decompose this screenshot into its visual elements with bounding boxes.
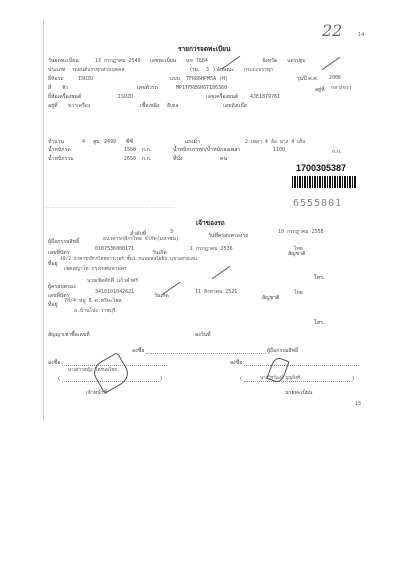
- holder-nat-label: สัญชาติ: [262, 295, 279, 301]
- owner-sign-role: ผู้ถือกรรมสิทธิ์: [267, 348, 298, 354]
- color-label: สี: [48, 85, 51, 91]
- possess-date: 10 กรกฎาคม 2558: [278, 229, 324, 235]
- page-title: รายการจดทะเบียน: [178, 46, 230, 52]
- holder-nat: ไทย: [294, 290, 303, 296]
- owner-birth: 1 กรกฎาคม 2536: [190, 246, 233, 252]
- province-label: จังหวัด: [262, 58, 277, 64]
- reg-date-label: วันจดทะเบียน: [48, 58, 79, 64]
- axle: 2 เพลา 4 ล้อ ยาง 4 เส้น: [245, 139, 305, 145]
- brand: ISUZU: [78, 76, 93, 82]
- barcode: [292, 176, 356, 188]
- holder-tel-label: โทร.: [314, 320, 325, 326]
- owner-tel-label: โทร.: [314, 275, 325, 281]
- holder-label: ผู้ครอบครอง: [48, 284, 76, 290]
- owner-name: ธนาคารกสิกรไทย จำกัด(มหาชน): [103, 236, 179, 242]
- chassis-loc-label: อยู่ที่: [315, 87, 325, 93]
- nat-label: สัญชาติ: [288, 251, 305, 257]
- paren-close-2: ): [352, 376, 354, 382]
- owner-id: 0107536000171: [95, 246, 134, 252]
- load-label: น้ำหนักบรรทุก/น้ำหนักลงเพลา: [173, 147, 240, 153]
- holder-addr2: อ.บ้านโป่ง ราชบุรี: [74, 308, 115, 314]
- code-label: (รย.: [190, 67, 200, 73]
- body: กระบะบรรทุก: [244, 67, 273, 73]
- engine-no-label: เลขเครื่องยนต์: [206, 94, 238, 100]
- engine-no: 4JE1879761: [250, 94, 280, 100]
- engine-brand: ISUZU: [118, 94, 133, 100]
- owner-sign-line: [146, 353, 266, 354]
- officer-sign-label: ลงชื่อ: [48, 360, 60, 366]
- contract-label: สัญญาเช่าซื้อเลขที่: [48, 332, 90, 338]
- page-number-top: 14: [358, 32, 364, 38]
- registrar-sign-line: [244, 365, 359, 366]
- load-unit: ก.ก.: [332, 149, 342, 155]
- code: 3: [206, 67, 209, 73]
- registrar-sign-label: ลงชื่อ: [230, 360, 242, 366]
- owner-addr1: 48/2 อาคารกสิกรไทยทาวเวอร์ ชั้น1 ถนนพหลโ…: [60, 257, 197, 263]
- engine-loc-label: อยู่ที่: [48, 103, 58, 109]
- seq: 3: [170, 229, 173, 235]
- barcode-number: 1700305387: [296, 165, 346, 171]
- fuel: ดีเซล: [167, 103, 178, 109]
- fuel-label: เชื้อเพลิง: [140, 103, 159, 109]
- holder-birth: 11 สิงหาคม 2521: [195, 289, 237, 295]
- weight-label: น้ำหนักรถ: [48, 147, 71, 153]
- brand-label: ยี่ห้อรถ: [48, 76, 64, 82]
- owner-sign-label: ลงชื่อ: [132, 348, 144, 354]
- total: 2650: [124, 156, 136, 162]
- paren-open-2: (: [240, 376, 242, 382]
- body-label: ) ลักษณะ: [213, 67, 234, 73]
- cc-label: สูบ: [93, 139, 99, 145]
- paren-open: (: [58, 376, 60, 382]
- model-label: แบบ: [170, 76, 180, 82]
- color: ฟ้า: [62, 85, 68, 91]
- contract-date-label: ลงวันที่: [195, 332, 211, 338]
- year: 2006: [329, 75, 341, 81]
- reg-no: นข 7684: [186, 58, 208, 64]
- owner-addr2: เขตพญาไท กรุงเทพมหานคร: [64, 266, 127, 272]
- chassis-loc: กลางขวา: [331, 85, 351, 91]
- holder-name: นายเชิดศักดิ์ แก้วคำศรี: [87, 278, 138, 284]
- chassis-label: เลขตัวรถ: [137, 85, 158, 91]
- id-label: เลขที่บัตร: [48, 250, 69, 256]
- officer-signature: [90, 352, 133, 394]
- cyl: 4: [82, 139, 85, 145]
- cc: 2499: [104, 139, 116, 145]
- owner-label: ผู้ถือกรรมสิทธิ์: [48, 239, 79, 245]
- stamp-number: 6555801: [293, 201, 342, 207]
- gas-label: เลขถังแก๊ส: [223, 103, 247, 109]
- weight-unit: ก.ก.: [142, 147, 152, 153]
- birth-label: วันเกิด: [152, 250, 167, 256]
- holder-addr1: 70/4 หมู่ 8 ต.ศรีษะไพล: [64, 298, 122, 304]
- reg-date: 13 กรกฎาคม 2549: [95, 58, 141, 64]
- document-page: 22 14 รายการจดทะเบียน วันจดทะเบียน 13 กร…: [0, 0, 400, 566]
- check-mark: [212, 266, 231, 279]
- cc-unit: ซีซี: [126, 139, 133, 145]
- page-number-bottom: 15: [355, 401, 361, 407]
- addr-label: ที่อยู่: [48, 261, 58, 267]
- possess-date-label: วันที่ครอบครองรถ: [208, 233, 248, 239]
- model: TFR86HPM5A (H): [186, 76, 228, 82]
- margin-line: [43, 20, 44, 420]
- registrar-name-line: [244, 381, 350, 382]
- total-label: น้ำหนักรวม: [48, 156, 74, 162]
- year-label: รุ่นปี ค.ศ.: [297, 76, 318, 82]
- province: นครปฐม: [287, 58, 306, 64]
- engine-loc: ขวาเครื่อง: [68, 103, 90, 109]
- seats-unit: คน: [220, 156, 227, 162]
- hp-label: แรงม้า: [185, 139, 200, 145]
- holder-addr-label: ที่อยู่: [48, 302, 58, 308]
- weight: 1550: [124, 147, 136, 153]
- type-label: ประเภท: [48, 67, 65, 73]
- seats-label: ที่นั่ง: [173, 156, 183, 162]
- reg-no-label: เลขทะเบียน: [150, 58, 176, 64]
- owner-section-title: เจ้าของรถ: [196, 220, 225, 226]
- cyl-label: จำนวน: [48, 139, 64, 145]
- vehicle-type: รถยนต์บรรทุกส่วนบุคคล: [72, 67, 124, 73]
- holder-id: 3410101042621: [95, 289, 134, 295]
- load: 1100: [273, 147, 285, 153]
- paren-close: ): [160, 376, 162, 382]
- registrar-role: นายทะเบียน: [285, 390, 312, 396]
- handwritten-number: 22: [322, 28, 342, 34]
- engine-brand-label: ยี่ห้อเครื่องยนต์: [48, 94, 81, 100]
- check-mark: [322, 57, 341, 70]
- total-unit: ก.ก.: [142, 156, 152, 162]
- check-mark: [162, 282, 181, 295]
- chassis: MP1TFR86H6T186360: [176, 85, 227, 91]
